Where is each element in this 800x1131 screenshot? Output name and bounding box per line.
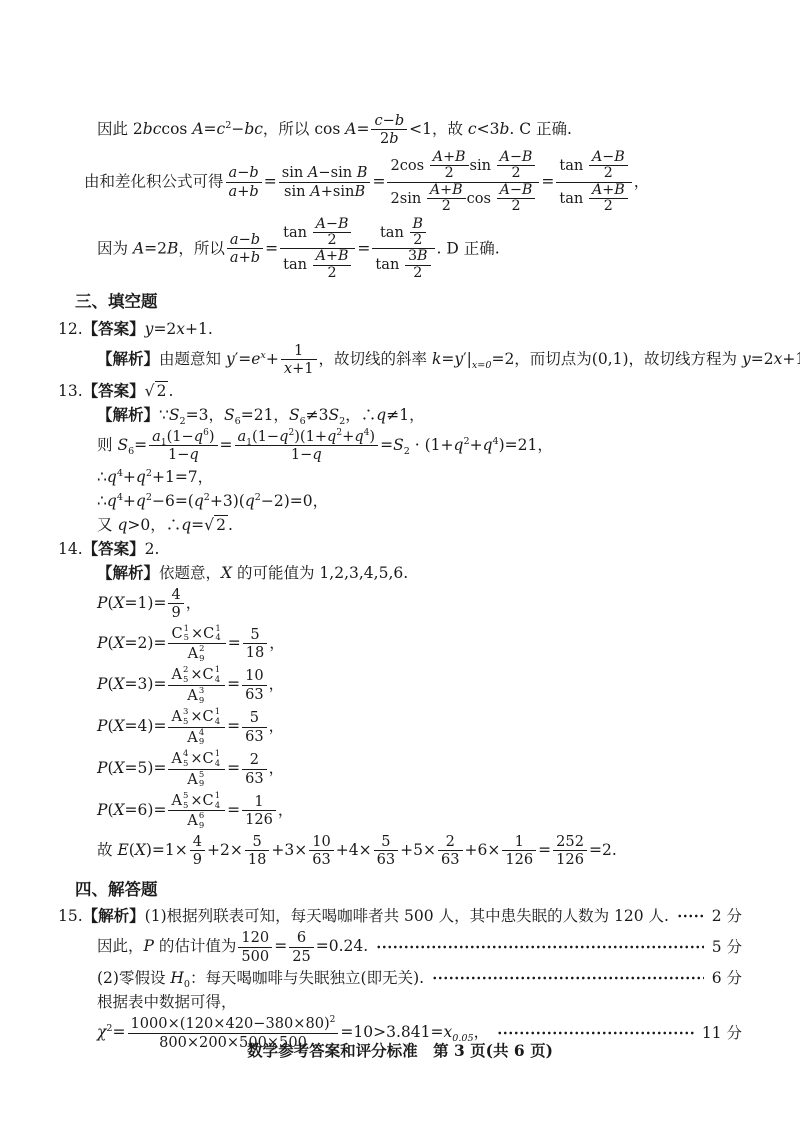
fraction: 252126 xyxy=(553,833,587,869)
fraction: 1x+1 xyxy=(281,342,317,378)
text-run: P xyxy=(97,633,107,651)
square-root: √2 xyxy=(204,515,228,534)
numerator: A+B xyxy=(430,150,469,165)
q13-answer: 13.【答案】√2. xyxy=(0,380,800,402)
text-run: a xyxy=(230,231,239,248)
text-run: 由题意知 xyxy=(159,350,226,368)
text-run: = xyxy=(191,516,204,534)
text-run: 2. xyxy=(145,540,160,558)
text-run: 120 xyxy=(241,929,269,946)
text-run: − xyxy=(510,182,522,198)
text-run: B xyxy=(417,248,427,264)
text-run: S xyxy=(289,406,300,424)
numerator: 1 xyxy=(242,793,276,810)
symbol-base: A xyxy=(171,750,182,767)
text-run: . C 正确. xyxy=(509,120,572,138)
text-run: S xyxy=(117,436,128,454)
text-run: ≠3 xyxy=(306,406,329,424)
text-run: >0，∴ xyxy=(127,516,181,534)
denominator: 2 xyxy=(589,165,628,181)
symbol-scripts: 14 xyxy=(215,624,220,643)
symbol-sub: 5 xyxy=(183,675,188,685)
text-run: 9 xyxy=(193,851,202,868)
q14-prob-2: P(X=2)=C15×C14A29=518， xyxy=(0,624,800,664)
text-run: a xyxy=(238,428,247,445)
fraction: 49 xyxy=(168,586,183,622)
line-content: 12.【答案】y=2x+1. xyxy=(58,318,213,340)
text-run: S xyxy=(393,436,404,454)
line-content: P(X=5)=A45×C14A59=263， xyxy=(97,749,284,789)
text-run: A xyxy=(133,239,144,257)
text-run: . D 正确. xyxy=(437,239,500,257)
symbol-sub: 9 xyxy=(199,737,204,747)
section-4-heading: 四、解答题 xyxy=(0,878,800,901)
text-run: =5)= xyxy=(125,759,167,777)
text-run: S xyxy=(329,406,340,424)
text-run: × xyxy=(190,750,202,767)
text-run: a xyxy=(229,183,238,200)
text-run: 14. xyxy=(58,540,83,558)
fraction: A35×C14A49 xyxy=(168,707,225,747)
text-run: +3)( xyxy=(210,492,245,510)
text-run: q xyxy=(245,492,255,510)
text-run: =2，而切点为(0,1)，故切线方程为 xyxy=(491,350,742,368)
scripted-symbol: C14 xyxy=(203,707,223,726)
symbol-sub: 4 xyxy=(215,717,220,727)
denominator: 2b xyxy=(371,129,407,147)
denominator: sin A+sinB xyxy=(279,182,371,200)
fraction: C15×C14A29 xyxy=(168,624,225,664)
text-run: +6× xyxy=(465,841,501,859)
text-run: = xyxy=(380,436,393,454)
text-run: 1− xyxy=(291,446,312,463)
text-run: ∴ xyxy=(97,468,107,486)
fraction: 120500 xyxy=(238,929,272,965)
scripted-symbol: A69 xyxy=(187,811,206,830)
line-content: P(X=4)=A35×C14A49=563， xyxy=(97,707,284,747)
text-run: 10 xyxy=(312,833,331,850)
q15-step2: 因此，P 的估计值为120500=625=0.24.5 分 xyxy=(0,929,800,965)
text-run: q xyxy=(327,428,336,445)
text-run: H xyxy=(170,969,184,987)
text-run: a xyxy=(152,428,161,445)
denominator: 2 xyxy=(497,198,536,214)
fraction: 263 xyxy=(242,751,267,787)
text-run: X xyxy=(114,801,125,819)
text-run: sin xyxy=(282,164,308,181)
text-run: = xyxy=(134,436,147,454)
text-run: q xyxy=(354,428,363,445)
page-footer: 数学参考答案和评分标准 第 3 页(共 6 页) xyxy=(0,1040,800,1062)
symbol-scripts: 35 xyxy=(183,707,188,726)
text-run: +5× xyxy=(400,841,436,859)
denominator: 2 xyxy=(405,265,431,281)
text-run: ， xyxy=(634,172,650,190)
text-run: ′| xyxy=(463,350,472,368)
text-run: 因为 xyxy=(97,239,133,257)
text-run: = xyxy=(372,172,385,190)
text-run: 1 xyxy=(515,833,524,850)
text-run: tan xyxy=(380,224,409,241)
symbol-scripts: 49 xyxy=(199,728,204,747)
text-run: 18 xyxy=(248,851,267,868)
text-run: 2 xyxy=(604,165,613,181)
text-run: A xyxy=(316,216,326,232)
text-run: 10 xyxy=(245,667,264,684)
text-run: q xyxy=(107,468,117,486)
denominator: 126 xyxy=(553,850,587,868)
symbol-base: A xyxy=(171,792,182,809)
text-run: P xyxy=(97,594,107,612)
numerator: A−B xyxy=(313,217,352,232)
fraction: a−ba+b xyxy=(226,164,262,200)
denominator: 2 xyxy=(427,198,466,214)
text-run: tan xyxy=(283,256,312,273)
text-run: =2)= xyxy=(125,633,167,651)
denominator: A29 xyxy=(168,643,225,663)
text-run: c xyxy=(217,120,226,138)
denominator: a+b xyxy=(226,182,262,200)
numerator: 6 xyxy=(289,929,314,946)
text-run: 2 xyxy=(604,198,613,214)
text-run: 5 xyxy=(253,833,262,850)
text-run: = xyxy=(538,841,551,859)
text-run: = xyxy=(357,239,370,257)
text-run: + xyxy=(443,149,455,165)
text-run: b xyxy=(249,164,258,181)
denominator: 2 xyxy=(410,232,426,248)
text-run: ，所以 cos xyxy=(263,120,345,138)
sol11-line2: 由和差化积公式可得a−ba+b=sin A−sin Bsin A+sinB=2c… xyxy=(0,150,800,215)
text-run: + xyxy=(470,436,483,454)
text-run: 【解析】 xyxy=(83,906,145,925)
sol11-line1: 因此 2bccos A=c2−bc，所以 cos A=c−b2b<1，故 c<3… xyxy=(0,112,800,148)
text-run: B xyxy=(338,216,348,232)
text-run: 的可能值为 1,2,3,4,5,6. xyxy=(232,564,408,582)
text-run: 126 xyxy=(505,851,533,868)
fraction: A+B2 xyxy=(589,183,628,215)
fraction: tan A−B2tan A+B2 xyxy=(556,150,631,215)
text-run: q xyxy=(189,446,198,463)
text-run: + xyxy=(266,350,279,368)
text-run: ，∴ xyxy=(345,406,376,424)
text-run: 15. xyxy=(58,907,83,925)
score-label: 5 分 xyxy=(712,936,742,958)
text-run: q xyxy=(181,516,191,534)
line-content: 三、填空题 xyxy=(75,290,158,313)
text-run: 1000×(120×420−380×80) xyxy=(131,1015,330,1032)
text-run: 因此 2 xyxy=(97,120,143,138)
text-run: 2 xyxy=(445,165,454,181)
text-run: X xyxy=(114,633,125,651)
denominator: 63 xyxy=(438,850,463,868)
text-run: +4× xyxy=(336,841,372,859)
symbol-scripts: 14 xyxy=(215,791,220,810)
text-run: cos xyxy=(467,190,496,207)
q14-prob-5: P(X=5)=A45×C14A59=263， xyxy=(0,749,800,789)
text-run: = xyxy=(228,633,241,651)
fraction: 1126 xyxy=(502,833,536,869)
denominator: 25 xyxy=(289,947,314,965)
symbol-sub: 9 xyxy=(199,654,204,664)
numerator: 4 xyxy=(168,586,183,603)
text-run: q xyxy=(312,446,321,463)
text-run: = xyxy=(204,120,217,138)
text-run: 5 xyxy=(250,626,259,643)
denominator: A49 xyxy=(168,727,225,747)
line-content: 15.【解析】(1)根据列联表可知，每天喝咖啡者共 500 人，其中患失眠的人数… xyxy=(58,905,669,927)
text-run: 3 xyxy=(408,248,417,264)
scripted-symbol: A39 xyxy=(187,686,206,705)
symbol-scripts: 45 xyxy=(183,749,188,768)
symbol-sub: 4 xyxy=(215,675,220,685)
text-run: 63 xyxy=(441,851,460,868)
text-run: 2 xyxy=(413,232,422,248)
q12-analysis: 【解析】由题意知 y′=ex+1x+1，故切线的斜率 k=y′|x=0=2，而切… xyxy=(0,342,800,378)
text-run: −sin xyxy=(318,164,356,181)
denominator: 63 xyxy=(374,850,399,868)
fraction: A45×C14A59 xyxy=(168,749,225,789)
line-content: 则 S6=a1(1−q6)1−q=a1(1−q2)(1+q2+q4)1−q=S2… xyxy=(97,428,553,464)
numerator: A−B xyxy=(497,150,536,165)
scripted-symbol: A55 xyxy=(171,791,190,810)
symbol-sub: 9 xyxy=(199,821,204,831)
text-run: 4 xyxy=(193,833,202,850)
text-run: +3× xyxy=(271,841,307,859)
q15-step1: 15.【解析】(1)根据列联表可知，每天喝咖啡者共 500 人，其中患失眠的人数… xyxy=(0,905,800,927)
q13-analysis-3: ∴q4+q2+1=7， xyxy=(0,466,800,488)
fraction: 1063 xyxy=(309,833,334,869)
text-run: 13. xyxy=(58,382,83,400)
line-content: 由和差化积公式可得a−ba+b=sin A−sin Bsin A+sinB=2c… xyxy=(84,150,649,215)
text-run: x xyxy=(176,320,185,338)
line-content: P(X=1)=49， xyxy=(97,586,201,622)
text-run: a xyxy=(230,249,239,266)
symbol-scripts: 69 xyxy=(199,811,204,830)
q13-analysis-1: 【解析】∵S2=3，S6=21，S6≠3S2，∴q≠1， xyxy=(0,404,800,426)
text-run: − xyxy=(510,149,522,165)
text-run: − xyxy=(326,216,338,232)
text-run: × xyxy=(191,625,203,642)
denominator: A69 xyxy=(168,810,225,830)
text-run: )(1+ xyxy=(294,428,327,445)
line-content: 根据表中数据可得， xyxy=(97,991,237,1013)
text-run: A xyxy=(308,164,319,181)
numerator: sin A−sin B xyxy=(279,164,371,181)
numerator: A35×C14 xyxy=(168,707,225,726)
scripted-symbol: A49 xyxy=(187,728,206,747)
text-run: 【答案】 xyxy=(83,539,145,558)
text-run: X xyxy=(114,717,125,735)
text-run: = xyxy=(227,675,240,693)
text-run: A xyxy=(316,248,326,264)
symbol-sub: 9 xyxy=(199,779,204,789)
text-run: 63 xyxy=(245,770,264,787)
numerator: 252 xyxy=(553,833,587,850)
numerator: A+B xyxy=(589,183,628,198)
text-run: =2 xyxy=(153,320,176,338)
text-run: ， xyxy=(278,801,294,819)
text-run: )=21， xyxy=(499,436,553,454)
q14-prob-6: P(X=6)=A55×C14A69=1126， xyxy=(0,791,800,831)
scripted-symbol: A29 xyxy=(188,644,207,663)
text-run: c xyxy=(374,112,382,129)
text-run: + xyxy=(123,468,136,486)
document-page: 因此 2bccos A=c2−bc，所以 cos A=c−b2b<1，故 c<3… xyxy=(0,0,800,1131)
numerator: B xyxy=(410,217,426,232)
symbol-sub: 4 xyxy=(215,759,220,769)
text-run: = xyxy=(220,436,233,454)
text-run: c xyxy=(468,120,477,138)
numerator: 1 xyxy=(281,342,317,359)
q14-prob-3: P(X=3)=A25×C14A39=1063， xyxy=(0,665,800,705)
text-run: 故 xyxy=(97,841,117,859)
text-run: 2 xyxy=(446,833,455,850)
q14-answer: 14.【答案】2. xyxy=(0,538,800,560)
text-run: P xyxy=(97,759,107,777)
text-run: 25 xyxy=(292,948,311,965)
numerator: 2cos A+B2sin A−B2 xyxy=(387,150,539,182)
text-run: =1)= xyxy=(125,594,167,612)
numerator: A−B xyxy=(497,183,536,198)
text-run: − xyxy=(239,231,251,248)
text-run: =3)= xyxy=(125,675,167,693)
line-content: 又 q>0，∴q=√2. xyxy=(97,514,233,536)
denominator: x+1 xyxy=(281,359,317,377)
text-run: b xyxy=(395,112,404,129)
denominator: 500 xyxy=(238,947,272,965)
numerator: 1 xyxy=(502,833,536,850)
text-run: 四、解答题 xyxy=(75,880,158,899)
symbol-base: A xyxy=(187,771,198,788)
line-content: ∴q4+q2−6=(q2+3)(q2−2)=0， xyxy=(97,490,328,512)
text-run: S xyxy=(169,406,180,424)
text-run: =4)= xyxy=(125,717,167,735)
text-run: × xyxy=(190,792,202,809)
text-run: b xyxy=(251,249,260,266)
text-run: A xyxy=(592,182,602,198)
symbol-scripts: 14 xyxy=(215,707,220,726)
denominator: 2 xyxy=(497,165,536,181)
text-run: 18 xyxy=(246,644,265,661)
text-run: = xyxy=(541,172,554,190)
denominator: 1−q xyxy=(149,445,217,463)
denominator: 2sin A+B2cos A−B2 xyxy=(387,182,539,215)
numerator: 5 xyxy=(242,709,267,726)
q12-answer: 12.【答案】y=2x+1. xyxy=(0,318,800,340)
symbol-scripts: 59 xyxy=(199,770,204,789)
denominator: 63 xyxy=(309,850,334,868)
numerator: A+B xyxy=(313,249,352,264)
denominator: A59 xyxy=(168,769,225,789)
fraction: 563 xyxy=(242,709,267,745)
text-run: 9 xyxy=(171,604,180,621)
scripted-symbol: C14 xyxy=(203,791,223,810)
text-run: χ xyxy=(97,1023,106,1041)
line-content: 14.【答案】2. xyxy=(58,538,159,560)
denominator: 2 xyxy=(313,232,352,248)
text-run: <1，故 xyxy=(409,120,468,138)
text-run: 的估计值为 xyxy=(154,937,236,955)
text-run: 【解析】 xyxy=(97,349,159,368)
denominator: tan A+B2 xyxy=(556,182,631,215)
text-run: +2× xyxy=(207,841,243,859)
answer-sheet-body: 因此 2bccos A=c2−bc，所以 cos A=c−b2b<1，故 c<3… xyxy=(0,110,800,1053)
text-run: tan xyxy=(559,157,588,174)
q15-step4: 根据表中数据可得， xyxy=(0,991,800,1013)
fraction: A+B2 xyxy=(313,249,352,281)
symbol-base: A xyxy=(187,729,198,746)
text-run: 2 xyxy=(380,130,389,147)
denominator: a+b xyxy=(227,248,263,266)
fraction: 1063 xyxy=(242,667,267,703)
text-run: ：每天喝咖啡与失眠独立(即无关). xyxy=(190,969,424,987)
text-run: =10>3.841= xyxy=(340,1023,443,1041)
line-content: 故 E(X)=1×49+2×518+3×1063+4×563+5×263+6×1… xyxy=(97,833,617,869)
text-run: 5 xyxy=(250,709,259,726)
text-run: =2. xyxy=(589,841,617,859)
sol11-line3: 因为 A=2B，所以a−ba+b=tan A−B2tan A+B2=tan B2… xyxy=(0,217,800,282)
scripted-symbol: C14 xyxy=(203,624,223,643)
text-run: bc xyxy=(244,120,263,138)
radical-icon: √ xyxy=(145,382,155,400)
denominator: 63 xyxy=(242,727,267,745)
radicand: 2 xyxy=(214,515,228,534)
fraction: tan B2tan 3B2 xyxy=(372,217,434,282)
fraction: 563 xyxy=(374,833,399,869)
line-content: 【解析】依题意，X 的可能值为 1,2,3,4,5,6. xyxy=(97,562,408,584)
text-run: (1− xyxy=(252,428,279,445)
fraction: A−B2 xyxy=(589,150,628,182)
text-run: b xyxy=(251,231,260,248)
text-run: +1. xyxy=(782,350,800,368)
symbol-scripts: 15 xyxy=(184,624,189,643)
line-content: 因此，P 的估计值为120500=625=0.24. xyxy=(97,929,368,965)
text-run: 2 xyxy=(328,265,337,281)
text-run: B xyxy=(522,182,532,198)
numerator: a−b xyxy=(226,164,262,181)
fraction: 1126 xyxy=(242,793,276,829)
text-run: + xyxy=(239,249,251,266)
fraction: A−B2 xyxy=(313,217,352,249)
fraction: 518 xyxy=(243,626,268,662)
text-run: A xyxy=(500,182,510,198)
text-run: sin xyxy=(470,157,496,174)
text-run: =2 xyxy=(144,239,167,257)
numerator: tan A−B2 xyxy=(280,217,355,249)
text-run: B xyxy=(452,182,462,198)
fraction: 49 xyxy=(190,833,205,869)
symbol-base: A xyxy=(171,666,182,683)
symbol-base: A xyxy=(188,645,199,662)
numerator: 10 xyxy=(309,833,334,850)
line-content: 因此 2bccos A=c2−bc，所以 cos A=c−b2b<1，故 c<3… xyxy=(97,112,572,148)
text-run: B xyxy=(522,149,532,165)
text-run: +1 xyxy=(292,360,313,377)
text-run: 500 xyxy=(241,948,269,965)
numerator: tan B2 xyxy=(372,217,434,249)
text-run: <3 xyxy=(477,120,500,138)
text-run: ， xyxy=(269,717,285,735)
fraction: A25×C14A39 xyxy=(168,665,225,705)
text-run: X xyxy=(114,759,125,777)
fraction: 3B2 xyxy=(405,249,431,281)
denominator: 1−q xyxy=(235,445,379,463)
line-content: P(X=2)=C15×C14A29=518， xyxy=(97,624,285,664)
text-run: 则 xyxy=(97,436,117,454)
scripted-symbol: C15 xyxy=(171,624,191,643)
line-content: P(X=6)=A55×C14A69=1126， xyxy=(97,791,293,831)
